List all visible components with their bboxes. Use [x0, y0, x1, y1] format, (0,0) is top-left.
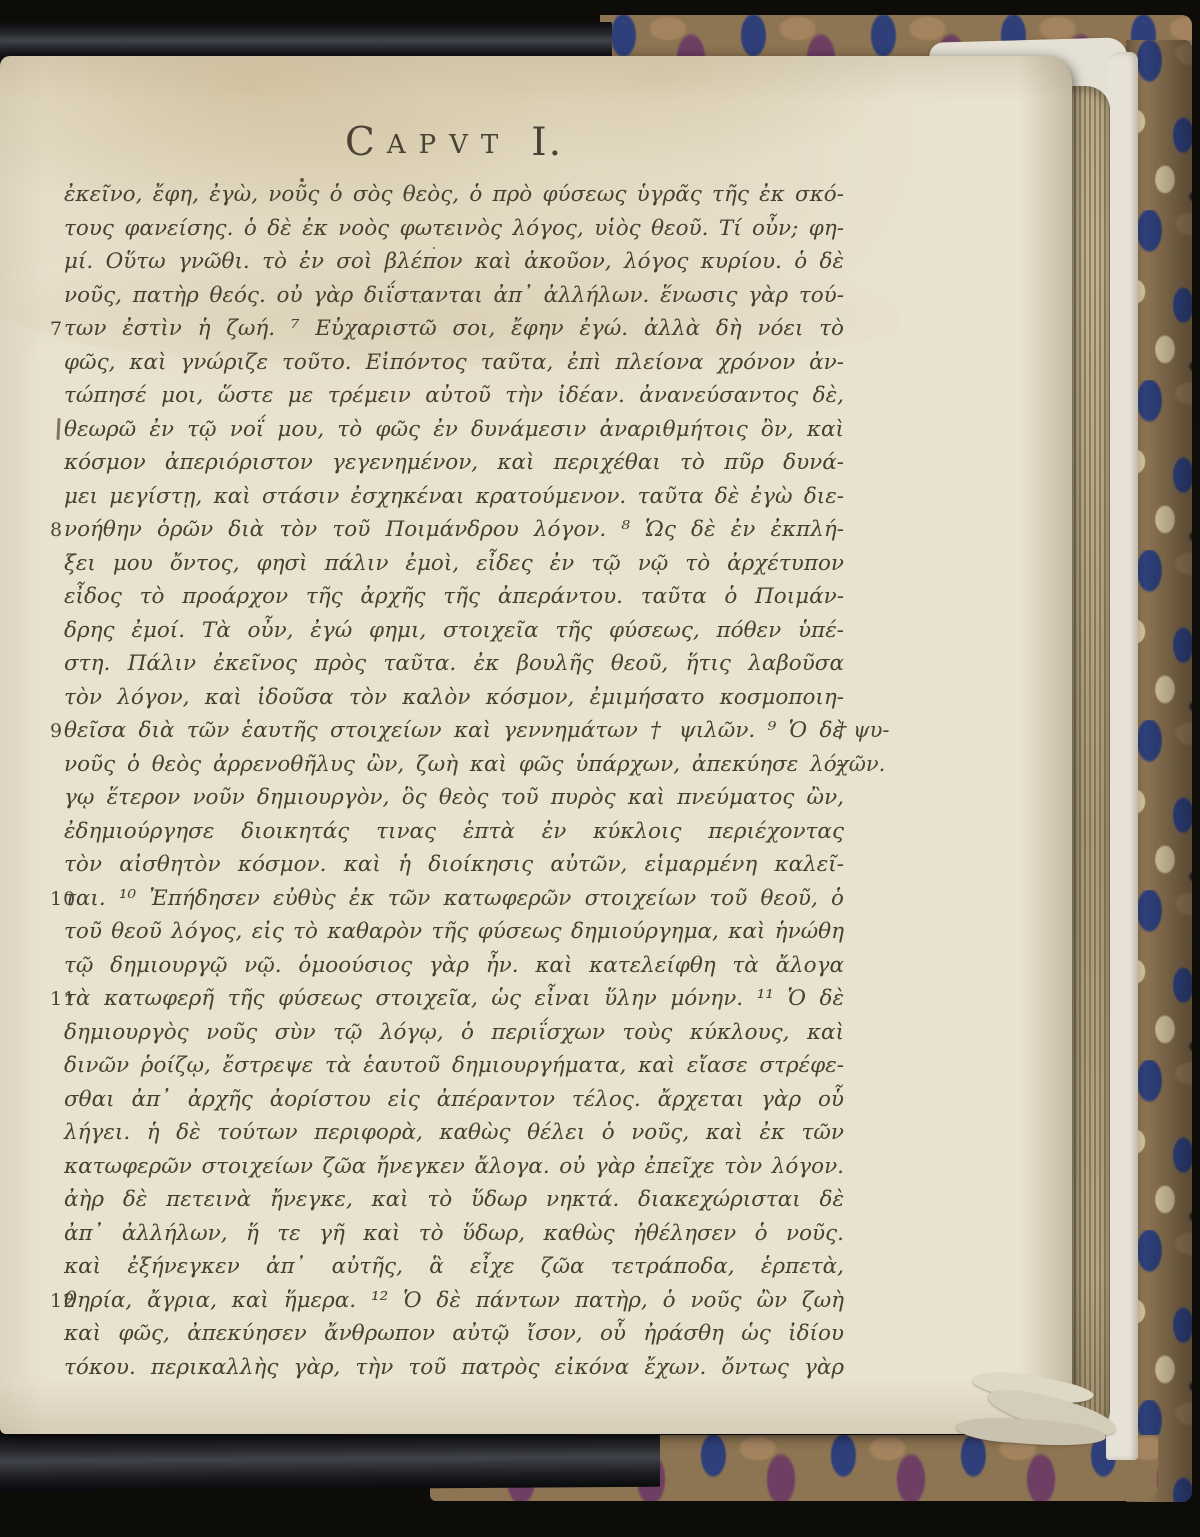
- text-line: καὶ ἐξήνεγκεν ἀπ᾽ αὐτῆς, ἃ εἶχε ζῶα τετρ…: [64, 1250, 844, 1284]
- text-line: δινῶν ῥοίζῳ, ἔστρεψε τὰ ἑαυτοῦ δημιουργή…: [64, 1049, 844, 1083]
- margin-note: χῶν.: [836, 748, 885, 782]
- greek-text-line: καὶ ἐξήνεγκεν ἀπ᾽ αὐτῆς, ἃ εἶχε ζῶα τετρ…: [64, 1250, 844, 1284]
- greek-text-line: θεωρῶ ἐν τῷ νοΐ μου, τὸ φῶς ἐν δυνάμεσιν…: [64, 413, 844, 447]
- text-line: ἀπ᾽ ἀλλήλων, ἥ τε γῆ καὶ τὸ ὕδωρ, καθὼς …: [64, 1217, 844, 1251]
- book-spine-top-leather: [0, 22, 612, 60]
- margin-verse-number: 10: [50, 883, 80, 917]
- text-line: σθαι ἀπ᾽ ἀρχῆς ἀορίστου εἰς ἀπέραντον τέ…: [64, 1083, 844, 1117]
- flyleaf-edge: [1106, 52, 1138, 1460]
- greek-text-line: γῳ ἕτερον νοῦν δημιουργὸν, ὃς θεὸς τοῦ π…: [64, 781, 844, 815]
- text-line: τὸν λόγον, καὶ ἰδοῦσα τὸν καλὸν κόσμον, …: [64, 681, 844, 715]
- greek-text-line: τὰ κατωφερῆ τῆς φύσεως στοιχεῖα, ὡς εἶνα…: [64, 982, 844, 1016]
- text-line: ἀὴρ δὲ πετεινὰ ἤνεγκε, καὶ τὸ ὕδωρ νηκτά…: [64, 1183, 844, 1217]
- text-line: τὸν αἰσθητὸν κόσμον. καὶ ἡ διοίκησις αὐτ…: [64, 848, 844, 882]
- text-line: κόσμον ἀπεριόριστον γεγενημένον, καὶ περ…: [64, 446, 844, 480]
- margin-verse-number: 12: [50, 1285, 80, 1319]
- greek-text-line: ξει μου ὄντος, φησὶ πάλιν ἐμοὶ, εἶδες ἐν…: [64, 547, 844, 581]
- greek-text-line: τὸν λόγον, καὶ ἰδοῦσα τὸν καλὸν κόσμον, …: [64, 681, 844, 715]
- greek-text-line: μί. Οὕτω γνῶθι. τὸ ἐν σοὶ βλέπον καὶ ἀκο…: [64, 245, 844, 279]
- book-page: CAPVTI. ἐκεῖνο, ἔφη, ἐγὼ, νοῦς ὁ σὸς θεὸ…: [0, 56, 1072, 1434]
- greek-text-line: τους φανείσης. ὁ δὲ ἐκ νοὸς φωτεινὸς λόγ…: [64, 212, 844, 246]
- greek-text-line: φῶς, καὶ γνώριζε τοῦτο. Εἰπόντος ταῦτα, …: [64, 346, 844, 380]
- greek-text-line: τὸν αἰσθητὸν κόσμον. καὶ ἡ διοίκησις αὐτ…: [64, 848, 844, 882]
- chapter-heading: CAPVTI.: [64, 120, 844, 165]
- text-line: ξει μου ὄντος, φησὶ πάλιν ἐμοὶ, εἶδες ἐν…: [64, 547, 844, 581]
- text-line: τώπησέ μοι, ὥστε με τρέμειν αὐτοῦ τὴν ἰδ…: [64, 379, 844, 413]
- text-line: νοῦς ὁ θεὸς ἀρρενοθῆλυς ὢν, ζωὴ καὶ φῶς …: [64, 748, 844, 782]
- greek-text-line: λήγει. ἡ δὲ τούτων περιφορὰ, καθὼς θέλει…: [64, 1116, 844, 1150]
- greek-text-line: θεῖσα διὰ τῶν ἑαυτῆς στοιχείων καὶ γεννη…: [64, 714, 844, 748]
- text-line: τους φανείσης. ὁ δὲ ἐκ νοὸς φωτεινὸς λόγ…: [64, 212, 844, 246]
- greek-text-line: δημιουργὸς νοῦς σὺν τῷ λόγῳ, ὁ περιΐσχων…: [64, 1016, 844, 1050]
- greek-text-line: μει μεγίστῃ, καὶ στάσιν ἐσχηκέναι κρατού…: [64, 480, 844, 514]
- text-line: εἶδος τὸ προάρχον τῆς ἀρχῆς τῆς ἀπεράντο…: [64, 580, 844, 614]
- text-line: δημιουργὸς νοῦς σὺν τῷ λόγῳ, ὁ περιΐσχων…: [64, 1016, 844, 1050]
- text-line: θεωρῶ ἐν τῷ νοΐ μου, τὸ φῶς ἐν δυνάμεσιν…: [64, 413, 844, 447]
- text-line: 9θεῖσα διὰ τῶν ἑαυτῆς στοιχείων καὶ γενν…: [64, 714, 844, 748]
- chapter-heading-rest: APVT: [387, 130, 511, 160]
- margin-verse-number: 8: [50, 514, 80, 548]
- greek-text-line: ἐδημιούργησε διοικητάς τινας ἑπτὰ ἐν κύκ…: [64, 815, 844, 849]
- text-line: δρης ἐμοί. Τὰ οὖν, ἐγώ φημι, στοιχεῖα τῆ…: [64, 614, 844, 648]
- text-line: μει μεγίστῃ, καὶ στάσιν ἐσχηκέναι κρατού…: [64, 480, 844, 514]
- greek-text-line: ἐκεῖνο, ἔφη, ἐγὼ, νοῦς ὁ σὸς θεὸς, ὁ πρὸ…: [64, 178, 844, 212]
- greek-text-line: τοῦ θεοῦ λόγος, εἰς τὸ καθαρὸν τῆς φύσεω…: [64, 915, 844, 949]
- margin-verse-number: 9: [50, 715, 80, 749]
- greek-text-line: δινῶν ῥοίζῳ, ἔστρεψε τὰ ἑαυτοῦ δημιουργή…: [64, 1049, 844, 1083]
- text-line: στη. Πάλιν ἐκεῖνος πρὸς ταῦτα. ἐκ βουλῆς…: [64, 647, 844, 681]
- text-line: 12θηρία, ἄγρια, καὶ ἥμερα. ¹² Ὁ δὲ πάντω…: [64, 1284, 844, 1318]
- greek-text-line: κατωφερῶν στοιχείων ζῶα ἤνεγκεν ἄλογα. ο…: [64, 1150, 844, 1184]
- text-line: τῷ δημιουργῷ νῷ. ὁμοούσιος γὰρ ἦν. καὶ κ…: [64, 949, 844, 983]
- greek-text-line: κόσμον ἀπεριόριστον γεγενημένον, καὶ περ…: [64, 446, 844, 480]
- text-line: κατωφερῶν στοιχείων ζῶα ἤνεγκεν ἄλογα. ο…: [64, 1150, 844, 1184]
- text-line: καὶ φῶς, ἀπεκύησεν ἄνθρωπον αὐτῷ ἴσον, ο…: [64, 1317, 844, 1351]
- text-line: λήγει. ἡ δὲ τούτων περιφορὰ, καθὼς θέλει…: [64, 1116, 844, 1150]
- text-line: ἐδημιούργησε διοικητάς τινας ἑπτὰ ἐν κύκ…: [64, 815, 844, 849]
- text-line: τόκου. περικαλλὴς γὰρ, τὴν τοῦ πατρὸς εἰ…: [64, 1351, 844, 1385]
- text-line: νοῦς, πατὴρ θεός. οὐ γὰρ διΐστανται ἀπ᾽ …: [64, 279, 844, 313]
- greek-text-line: καὶ φῶς, ἀπεκύησεν ἄνθρωπον αὐτῷ ἴσον, ο…: [64, 1317, 844, 1351]
- margin-verse-number: 7: [50, 313, 80, 347]
- greek-text-line: ἀὴρ δὲ πετεινὰ ἤνεγκε, καὶ τὸ ὕδωρ νηκτά…: [64, 1183, 844, 1217]
- greek-text-line: στη. Πάλιν ἐκεῖνος πρὸς ταῦτα. ἐκ βουλῆς…: [64, 647, 844, 681]
- book-cover-bottom-leather: [0, 1429, 660, 1492]
- greek-text-line: θηρία, ἄγρια, καὶ ἥμερα. ¹² Ὁ δὲ πάντων …: [64, 1284, 844, 1318]
- text-line: 8νοήθην ὁρῶν διὰ τὸν τοῦ Ποιμάνδρου λόγο…: [64, 513, 844, 547]
- greek-text-line: τόκου. περικαλλὴς γὰρ, τὴν τοῦ πατρὸς εἰ…: [64, 1351, 844, 1385]
- chapter-heading-initial: C: [345, 120, 387, 165]
- greek-text-line: νοήθην ὁρῶν διὰ τὸν τοῦ Ποιμάνδρου λόγον…: [64, 513, 844, 547]
- text-line: τοῦ θεοῦ λόγος, εἰς τὸ καθαρὸν τῆς φύσεω…: [64, 915, 844, 949]
- greek-text-line: νοῦς, πατὴρ θεός. οὐ γὰρ διΐστανται ἀπ᾽ …: [64, 279, 844, 313]
- greek-text-line: ται. ¹⁰ Ἐπήδησεν εὐθὺς ἐκ τῶν κατωφερῶν …: [64, 882, 844, 916]
- greek-text-line: δρης ἐμοί. Τὰ οὖν, ἐγώ φημι, στοιχεῖα τῆ…: [64, 614, 844, 648]
- text-line: 11τὰ κατωφερῆ τῆς φύσεως στοιχεῖα, ὡς εἶ…: [64, 982, 844, 1016]
- text-line: φῶς, καὶ γνώριζε τοῦτο. Εἰπόντος ταῦτα, …: [64, 346, 844, 380]
- text-line: ἐκεῖνο, ἔφη, ἐγὼ, νοῦς ὁ σὸς θεὸς, ὁ πρὸ…: [64, 178, 844, 212]
- margin-mark: [56, 418, 60, 440]
- chapter-heading-numeral: I.: [531, 120, 563, 165]
- greek-text-line: των ἐστὶν ἡ ζωή. ⁷ Εὐχαριστῶ σοι, ἔφην ἐ…: [64, 312, 844, 346]
- greek-text-line: ἀπ᾽ ἀλλήλων, ἥ τε γῆ καὶ τὸ ὕδωρ, καθὼς …: [64, 1217, 844, 1251]
- greek-text-line: εἶδος τὸ προάρχον τῆς ἀρχῆς τῆς ἀπεράντο…: [64, 580, 844, 614]
- text-block: ἐκεῖνο, ἔφη, ἐγὼ, νοῦς ὁ σὸς θεὸς, ὁ πρὸ…: [64, 178, 844, 1384]
- margin-note: † ψυ-: [836, 714, 890, 748]
- text-line: μί. Οὕτω γνῶθι. τὸ ἐν σοὶ βλέπον καὶ ἀκο…: [64, 245, 844, 279]
- greek-text-line: σθαι ἀπ᾽ ἀρχῆς ἀορίστου εἰς ἀπέραντον τέ…: [64, 1083, 844, 1117]
- text-line: 10ται. ¹⁰ Ἐπήδησεν εὐθὺς ἐκ τῶν κατωφερῶ…: [64, 882, 844, 916]
- greek-text-line: τῷ δημιουργῷ νῷ. ὁμοούσιος γὰρ ἦν. καὶ κ…: [64, 949, 844, 983]
- text-line: γῳ ἕτερον νοῦν δημιουργὸν, ὃς θεὸς τοῦ π…: [64, 781, 844, 815]
- text-line: 7των ἐστὶν ἡ ζωή. ⁷ Εὐχαριστῶ σοι, ἔφην …: [64, 312, 844, 346]
- greek-text-line: τώπησέ μοι, ὥστε με τρέμειν αὐτοῦ τὴν ἰδ…: [64, 379, 844, 413]
- greek-text-line: νοῦς ὁ θεὸς ἀρρενοθῆλυς ὢν, ζωὴ καὶ φῶς …: [64, 748, 844, 782]
- margin-verse-number: 11: [50, 983, 80, 1017]
